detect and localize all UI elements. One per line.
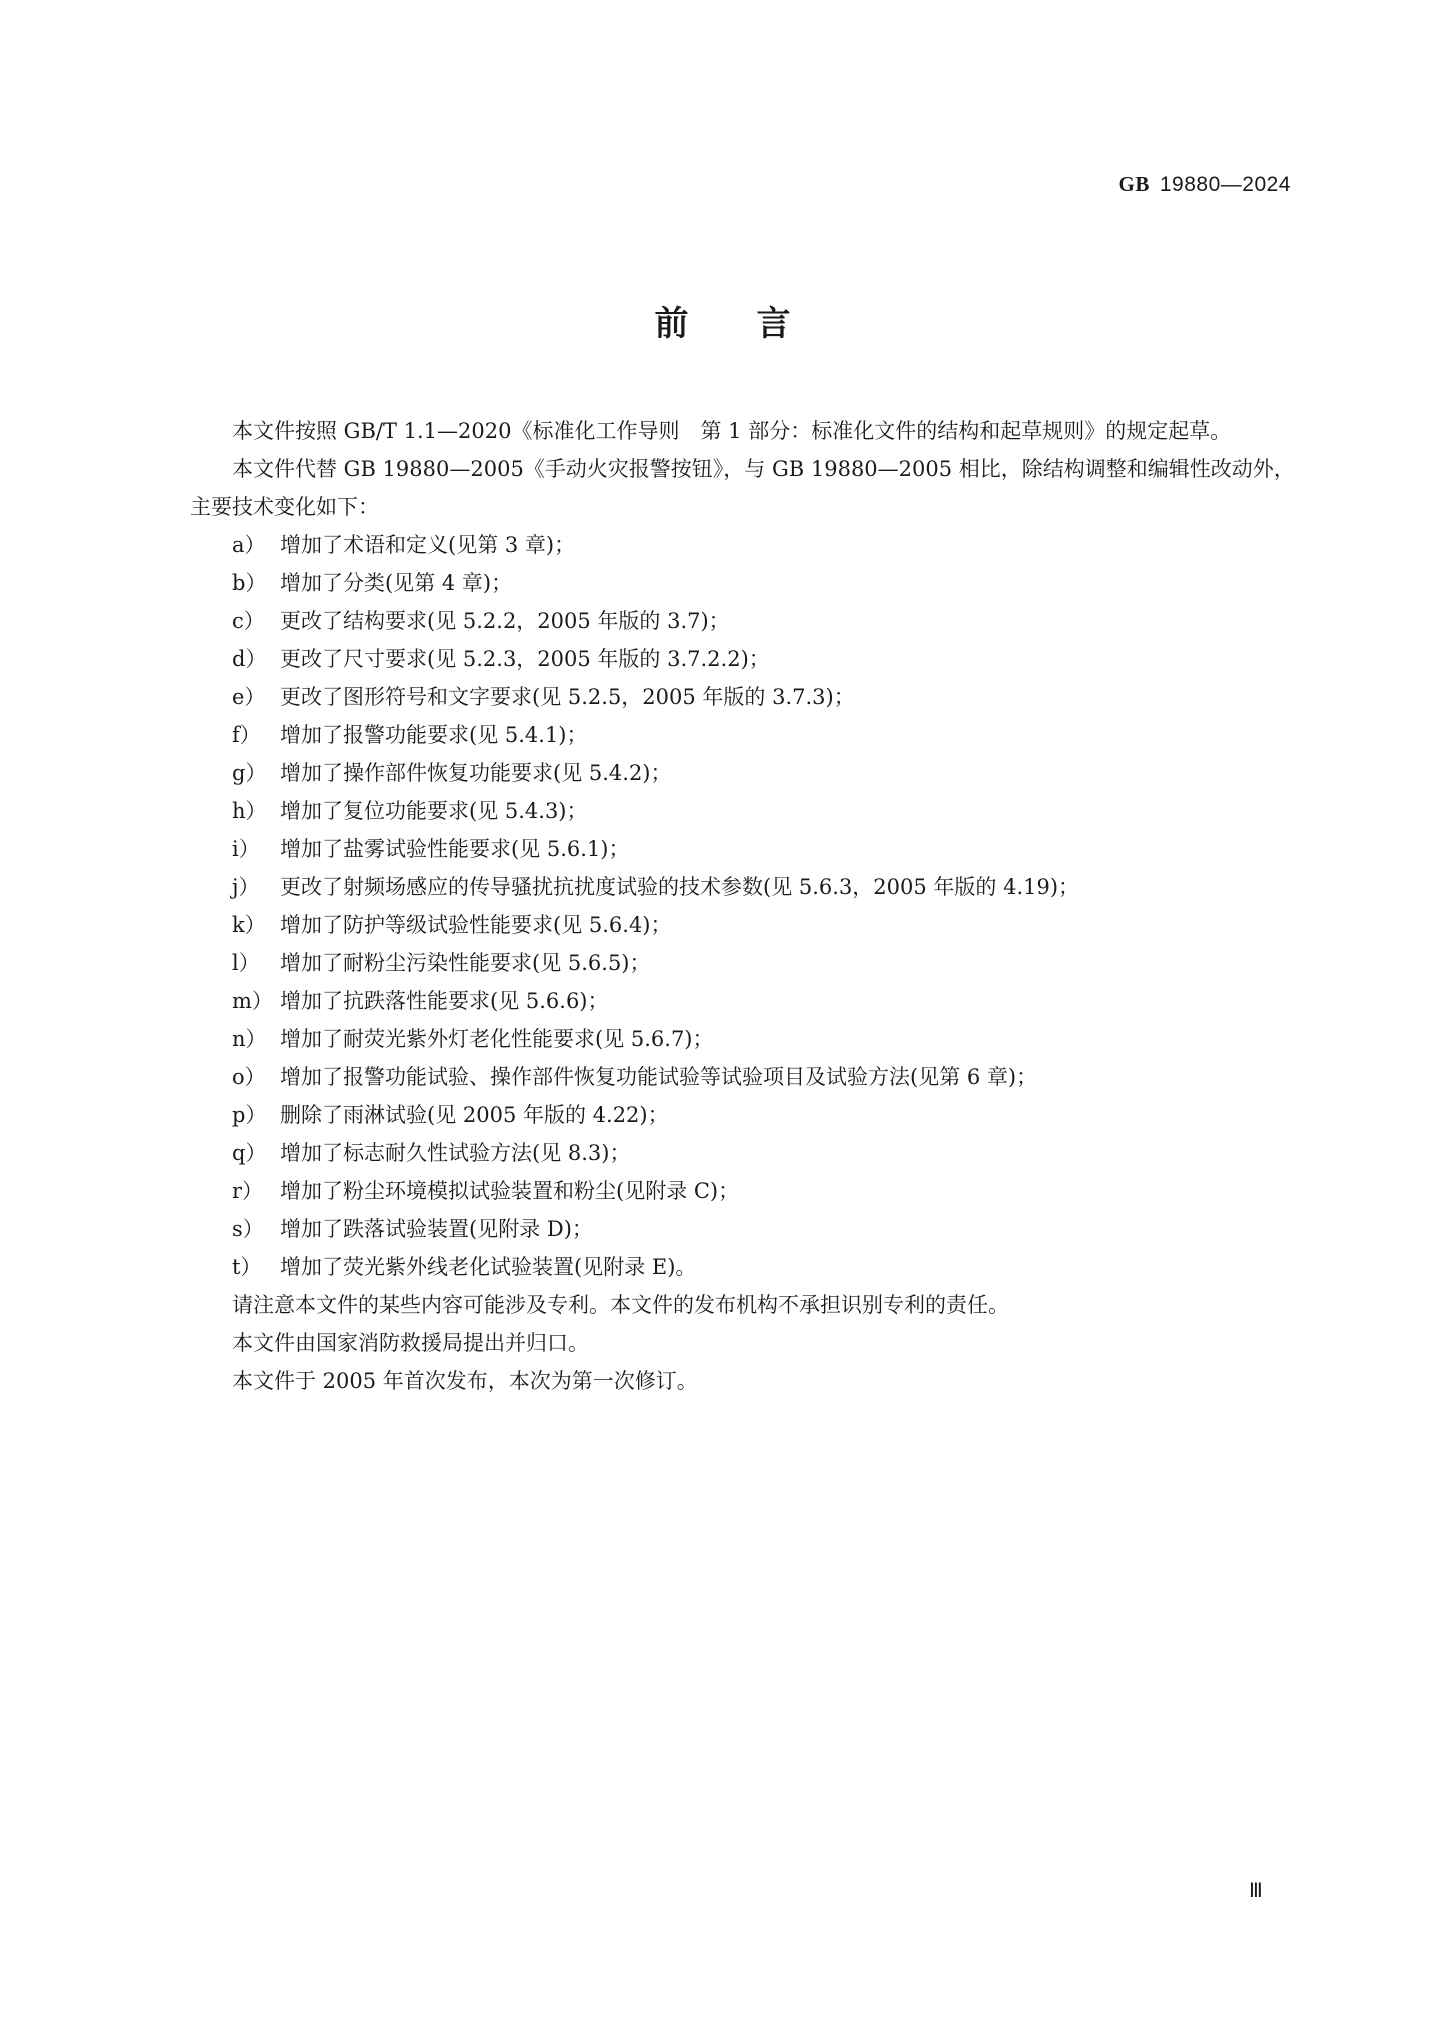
list-item: c）更改了结构要求(见 5.2.2，2005 年版的 3.7)；	[190, 602, 1300, 640]
list-item: m）增加了抗跌落性能要求(见 5.6.6)；	[190, 982, 1300, 1020]
list-item: j）更改了射频场感应的传导骚扰抗扰度试验的技术参数(见 5.6.3，2005 年…	[190, 868, 1300, 906]
list-item: e）更改了图形符号和文字要求(见 5.2.5，2005 年版的 3.7.3)；	[190, 678, 1300, 716]
paragraph-replacement: 本文件代替 GB 19880—2005《手动火灾报警按钮》，与 GB 19880…	[190, 450, 1300, 526]
list-item: p）删除了雨淋试验(见 2005 年版的 4.22)；	[190, 1096, 1300, 1134]
list-item: o）增加了报警功能试验、操作部件恢复功能试验等试验项目及试验方法(见第 6 章)…	[190, 1058, 1300, 1096]
list-item: i）增加了盐雾试验性能要求(见 5.6.1)；	[190, 830, 1300, 868]
list-item: s）增加了跌落试验装置(见附录 D)；	[190, 1210, 1300, 1248]
patent-notice: 请注意本文件的某些内容可能涉及专利。本文件的发布机构不承担识别专利的责任。	[190, 1286, 1300, 1324]
list-item: f）增加了报警功能要求(见 5.4.1)；	[190, 716, 1300, 754]
foreword-body: 本文件按照 GB/T 1.1—2020《标准化工作导则 第 1 部分：标准化文件…	[190, 412, 1300, 1400]
list-item: q）增加了标志耐久性试验方法(见 8.3)；	[190, 1134, 1300, 1172]
list-item: r）增加了粉尘环境模拟试验装置和粉尘(见附录 C)；	[190, 1172, 1300, 1210]
list-item: n）增加了耐荧光紫外灯老化性能要求(见 5.6.7)；	[190, 1020, 1300, 1058]
list-item: g）增加了操作部件恢复功能要求(见 5.4.2)；	[190, 754, 1300, 792]
list-item: l）增加了耐粉尘污染性能要求(见 5.6.5)；	[190, 944, 1300, 982]
proposer-note: 本文件由国家消防救援局提出并归口。	[190, 1324, 1300, 1362]
standard-code: GB19880—2024	[1119, 172, 1291, 197]
revision-history: 本文件于 2005 年首次发布，本次为第一次修订。	[190, 1362, 1300, 1400]
list-item: t）增加了荧光紫外线老化试验装置(见附录 E)。	[190, 1248, 1300, 1286]
page-title: 前言	[0, 296, 1445, 345]
paragraph-drafting-rules: 本文件按照 GB/T 1.1—2020《标准化工作导则 第 1 部分：标准化文件…	[190, 412, 1300, 450]
list-item: k）增加了防护等级试验性能要求(见 5.6.4)；	[190, 906, 1300, 944]
standard-number: 19880—2024	[1160, 173, 1291, 196]
changes-list: a）增加了术语和定义(见第 3 章)； b）增加了分类(见第 4 章)； c）更…	[190, 526, 1300, 1286]
list-item: h）增加了复位功能要求(见 5.4.3)；	[190, 792, 1300, 830]
list-item: a）增加了术语和定义(见第 3 章)；	[190, 526, 1300, 564]
list-item: d）更改了尺寸要求(见 5.2.3，2005 年版的 3.7.2.2)；	[190, 640, 1300, 678]
list-item: b）增加了分类(见第 4 章)；	[190, 564, 1300, 602]
standard-prefix: GB	[1119, 172, 1150, 196]
page-number: Ⅲ	[1249, 1878, 1263, 1903]
